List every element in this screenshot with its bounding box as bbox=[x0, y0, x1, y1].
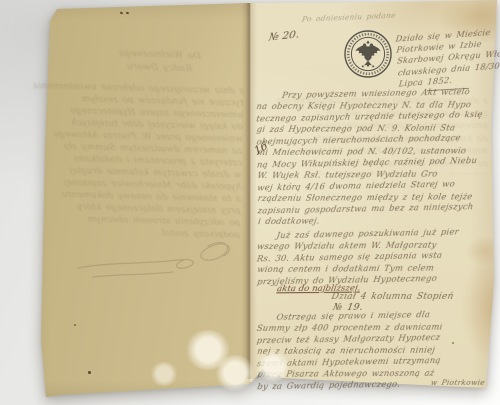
bleedthrough-header: Do WielmożnegoRadcy Dworu bbox=[95, 48, 226, 79]
ink-speck bbox=[74, 324, 76, 326]
ink-speck bbox=[88, 371, 91, 374]
mold-stain bbox=[150, 362, 178, 386]
archival-document-photo: Do WielmożnegoRadcy Dworu z dnia wczoraj… bbox=[0, 0, 500, 405]
ink-speck bbox=[452, 342, 454, 344]
section-heading: Dział 4 kolumna Stopień bbox=[304, 292, 481, 302]
double-headed-eagle-icon bbox=[356, 41, 381, 68]
mold-stain bbox=[256, 352, 290, 382]
bleedthrough-signature-swirl bbox=[58, 232, 243, 287]
imperial-eagle-seal-stamp bbox=[343, 29, 393, 79]
bleedthrough-body: z dnia wczorajszego odebrane uwiadomieni… bbox=[56, 82, 244, 243]
handwriting-line: i dodatkowej. bbox=[257, 213, 497, 227]
signature: w Piotrkowie bbox=[404, 378, 486, 387]
body-paragraph-2: Już zaś dawnego poszukiwania już pierwsz… bbox=[257, 226, 496, 287]
mold-stain bbox=[215, 355, 255, 391]
dateline: Działo się w MieściePiotrkowie w IzbieSk… bbox=[395, 27, 500, 90]
body-paragraph-1: Przy powyższem wniesionego Akt wcielona … bbox=[256, 86, 496, 227]
folded-manuscript-sheet: Do WielmożnegoRadcy Dworu z dnia wczoraj… bbox=[0, 0, 500, 405]
